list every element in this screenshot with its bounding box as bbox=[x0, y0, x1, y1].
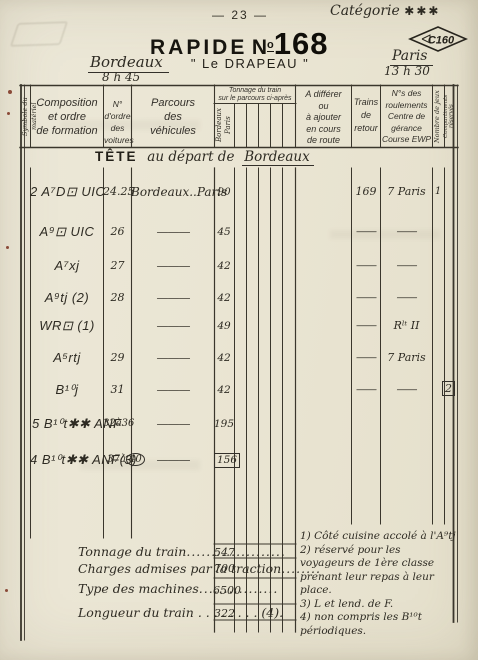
row-ordre bbox=[103, 316, 132, 336]
row-composition: B¹⁰j bbox=[30, 380, 104, 400]
row-composition: 2 A⁷D⊡ UIC bbox=[30, 182, 104, 202]
row-ordre: 32à36 bbox=[103, 414, 132, 434]
footer-value-charges: 700 bbox=[214, 562, 234, 575]
footer-label: Charges admises par la traction bbox=[78, 561, 281, 576]
row-composition: A⁵rtj bbox=[30, 348, 104, 368]
row-composition: A⁷xj bbox=[30, 256, 104, 276]
row-parcours-ditto: ——— bbox=[131, 288, 215, 308]
section-lead: TÊTE bbox=[95, 149, 138, 164]
section-middle: au départ de bbox=[147, 149, 234, 165]
row-jeux: 1 bbox=[432, 182, 444, 202]
table-row: 4 B¹⁰t✱✱ ANF(3) 37à40 ——— 156 bbox=[0, 450, 478, 470]
row-roulement-ditto: —— bbox=[381, 222, 432, 242]
table-row: 5 B¹⁰t✱✱ ANF 32à36 ——— 195 bbox=[0, 414, 478, 434]
row-tonnage: 42 bbox=[214, 380, 234, 400]
note-4: 4) non compris les B¹⁰t périodiques. bbox=[300, 611, 458, 638]
section-title: TÊTE au départ de Bordeaux bbox=[95, 149, 314, 165]
row-tonnage: 42 bbox=[214, 348, 234, 368]
footer-label: Type des machines bbox=[78, 581, 199, 596]
row-ordre: 28 bbox=[103, 288, 132, 308]
row-train-retour: 169 bbox=[352, 182, 380, 202]
table-row: 2 A⁷D⊡ UIC 24.25 Bordeaux..Paris 90 169 … bbox=[0, 182, 478, 202]
header-roulements: N°s des roulements Centre de gérance Cou… bbox=[381, 88, 432, 146]
table-row: A⁹tj (2) 28 ——— 42 —— —— bbox=[0, 288, 478, 308]
footer-line-tonnage: Tonnage du train.................... bbox=[78, 544, 286, 559]
row-composition: WR⊡ (1) bbox=[30, 316, 104, 336]
header-symbole: Symbole du matériel bbox=[21, 87, 31, 146]
row-ordre: 24.25 bbox=[103, 182, 132, 202]
dotted-leader: . . . . . . . . (4). bbox=[198, 605, 283, 620]
row-tonnage: 45 bbox=[214, 222, 234, 242]
table-row: A⁹⊡ UIC 26 ——— 45 —— —— bbox=[0, 222, 478, 242]
footer-label: Longueur du train bbox=[78, 605, 194, 620]
row-roulement: 7 Paris bbox=[381, 182, 432, 202]
row-composition: 4 B¹⁰t✱✱ ANF(3) bbox=[30, 450, 104, 470]
section-place: Bordeaux bbox=[242, 149, 314, 166]
header-parcours: Parcours des véhicules bbox=[132, 96, 214, 138]
header-differer: A différer ou à ajouter en cours de rout… bbox=[296, 89, 351, 147]
header-compartiments: Compartiments réservés bbox=[444, 87, 453, 146]
header-composition: Composition et ordre de formation bbox=[31, 96, 103, 138]
table-row: A⁵rtj 29 ——— 42 —— 7 Paris bbox=[0, 348, 478, 368]
footer-line-charges: Charges admises par la traction........ bbox=[78, 561, 321, 576]
note-3: 3) L et lend. de F. bbox=[300, 598, 458, 612]
header-tonnage-sub-bordeaux-paris: Bordeaux Paris bbox=[215, 105, 234, 146]
row-retour-ditto: —— bbox=[352, 288, 380, 308]
row-tonnage: 49 bbox=[214, 316, 234, 336]
row-parcours-ditto: ——— bbox=[131, 222, 215, 242]
header-tonnage-group: Tonnage du train sur le parcours ci-aprè… bbox=[214, 87, 296, 103]
footer-label: Tonnage du train bbox=[78, 544, 186, 559]
row-tonnage-boxed: 156 bbox=[214, 453, 240, 468]
row-ordre: 26 bbox=[103, 222, 132, 242]
row-parcours: Bordeaux..Paris bbox=[131, 182, 215, 202]
footer-line-longueur: Longueur du train . . . . . . . . (4). bbox=[78, 605, 283, 620]
notes-block: 1) Côté cuisine accolé à l'A⁹tj 2) réser… bbox=[300, 530, 458, 638]
row-tonnage: 156 bbox=[214, 450, 234, 470]
row-parcours-ditto: ——— bbox=[131, 256, 215, 276]
row-retour-ditto: —— bbox=[352, 256, 380, 276]
footer-value-longueur: 322 bbox=[214, 607, 234, 620]
row-composition: 5 B¹⁰t✱✱ ANF bbox=[32, 414, 106, 434]
note-2: 2) réservé pour les voyageurs de 1ère cl… bbox=[300, 544, 458, 598]
row-composition: A⁹⊡ UIC bbox=[30, 222, 104, 242]
row-tonnage: 195 bbox=[214, 414, 234, 434]
footer-line-machines: Type des machines................ bbox=[78, 581, 278, 596]
row-composition: A⁹tj (2) bbox=[30, 288, 104, 308]
row-tonnage: 42 bbox=[214, 288, 234, 308]
row-ordre: 27 bbox=[103, 256, 132, 276]
row-parcours-ditto: ——— bbox=[131, 348, 215, 368]
row-roulement-ditto: —— bbox=[381, 256, 432, 276]
row-ordre-prefix: 37à bbox=[107, 454, 126, 465]
row-ordre: 29 bbox=[103, 348, 132, 368]
row-parcours-ditto: ——— bbox=[131, 380, 215, 400]
header-retour: Trains de retour bbox=[352, 96, 380, 135]
dotted-leader: .................... bbox=[186, 544, 285, 559]
table-row: A⁷xj 27 ——— 42 —— —— bbox=[0, 256, 478, 276]
footer-value-machines: 6500 bbox=[213, 584, 237, 597]
row-roulement-ditto: —— bbox=[381, 380, 432, 400]
row-compartiments: 2 bbox=[442, 380, 455, 400]
row-ordre: 31 bbox=[103, 380, 132, 400]
note-1: 1) Côté cuisine accolé à l'A⁹tj bbox=[300, 530, 458, 544]
table-row: WR⊡ (1) ——— 49 —— Rˡᵗ II bbox=[0, 316, 478, 336]
row-retour-ditto: —— bbox=[352, 348, 380, 368]
header-ordre: N° d'ordre des voitures bbox=[104, 98, 131, 146]
row-tonnage: 42 bbox=[214, 256, 234, 276]
reserved-compartments-value: 2 bbox=[442, 381, 455, 396]
row-roulement-ditto: —— bbox=[381, 288, 432, 308]
row-tonnage: 90 bbox=[214, 182, 234, 202]
row-roulement: Rˡᵗ II bbox=[381, 316, 432, 336]
row-retour-ditto: —— bbox=[352, 222, 380, 242]
row-retour-ditto: —— bbox=[352, 316, 380, 336]
scanned-document-page: — 23 — Catégorie ✱✱✱ C160 RAPIDE No168 "… bbox=[0, 0, 478, 660]
footer-value-tonnage: 547 bbox=[214, 546, 234, 559]
row-parcours-ditto: ——— bbox=[131, 414, 215, 434]
row-parcours-ditto: ——— bbox=[131, 316, 215, 336]
row-parcours-ditto: ——— bbox=[131, 450, 215, 470]
row-roulement: 7 Paris bbox=[381, 348, 432, 368]
table-row: B¹⁰j 31 ——— 42 —— —— 2 bbox=[0, 380, 478, 400]
row-retour-ditto: —— bbox=[352, 380, 380, 400]
